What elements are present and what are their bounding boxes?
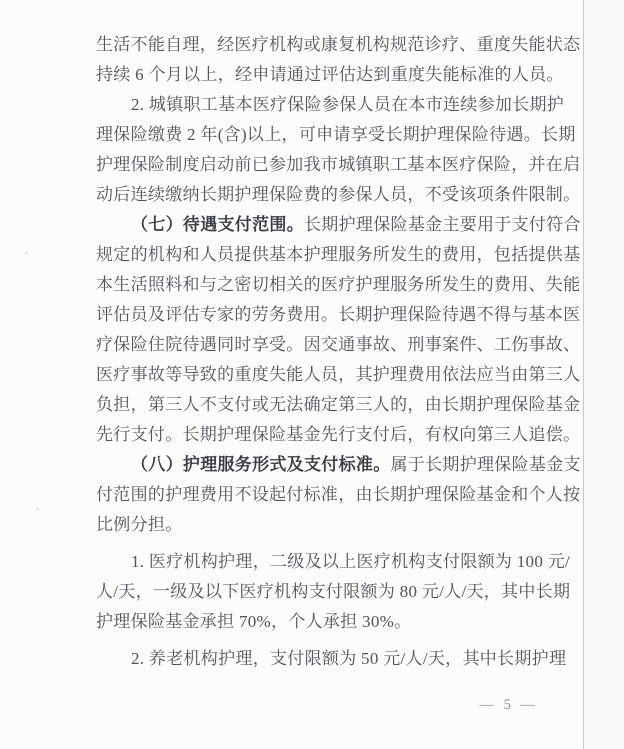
document-page: 生活不能自理，经医疗机构或康复机构规范诊疗、重度失能状态 持续 6 个月以上，经… xyxy=(0,0,624,749)
text-line-body: 护理保险基金承担 70%，个人承担 30%。 xyxy=(96,612,411,631)
text-line-body: 疗保险住院待遇同时享受。因交通事故、刑事案件、工伤事故、 xyxy=(96,335,580,354)
text-line-body: 长期护理保险基金主要用于支付符合 xyxy=(304,215,581,234)
scan-speck xyxy=(25,252,28,254)
text-line-body: 1. 医疗机构护理，二级及以上医疗机构支付限额为 100 元/ xyxy=(131,552,570,571)
text-line: 先行支付。长期护理保险基金先行支付后，有权向第三人追偿。 xyxy=(96,420,580,450)
text-line: 医疗事故等导致的重度失能人员，其护理费用依法应当由第三人 xyxy=(96,360,580,390)
text-line: （八）护理服务形式及支付标准。属于长期护理保险基金支 xyxy=(96,450,580,480)
text-line-body: 评估员及评估专家的劳务费用。长期护理保险待遇不得与基本医 xyxy=(96,305,580,324)
scanner-background-strip xyxy=(584,0,624,749)
text-line-body: 医疗事故等导致的重度失能人员，其护理费用依法应当由第三人 xyxy=(96,365,580,384)
text-line: 比例分担。 xyxy=(96,510,580,540)
text-line-body: 动后连续缴纳长期护理保险费的参保人员，不受该项条件限制。 xyxy=(96,185,580,204)
text-line: 评估员及评估专家的劳务费用。长期护理保险待遇不得与基本医 xyxy=(96,300,580,330)
section-heading: （八）护理服务形式及支付标准。 xyxy=(131,455,391,474)
text-line-body: 人/天，一级及以下医疗机构支付限额为 80 元/人/天，其中长期 xyxy=(96,582,570,601)
text-line: 2. 城镇职工基本医疗保险参保人员在本市连续参加长期护 xyxy=(96,90,580,120)
text-line: 护理保险制度启动前已参加我市城镇职工基本医疗保险，并在启 xyxy=(96,150,580,180)
text-line-body: 2. 城镇职工基本医疗保险参保人员在本市连续参加长期护 xyxy=(131,95,564,114)
text-line: 人/天，一级及以下医疗机构支付限额为 80 元/人/天，其中长期 xyxy=(96,577,580,607)
text-line-body: 比例分担。 xyxy=(96,515,183,534)
paper-edge-line xyxy=(583,0,584,749)
text-line-body: 生活不能自理，经医疗机构或康复机构规范诊疗、重度失能状态 xyxy=(96,35,580,54)
text-line: 本生活照料和与之密切相关的医疗护理服务所发生的费用、失能 xyxy=(96,270,580,300)
section-heading: （七）待遇支付范围。 xyxy=(131,215,304,234)
text-line: 疗保险住院待遇同时享受。因交通事故、刑事案件、工伤事故、 xyxy=(96,330,580,360)
text-line-body: 付范围的护理费用不设起付标准，由长期护理保险基金和个人按 xyxy=(96,485,580,504)
text-line: 2. 养老机构护理，支付限额为 50 元/人/天，其中长期护理 xyxy=(96,644,580,674)
page-number: — 5 — xyxy=(96,695,580,715)
text-line: 动后连续缴纳长期护理保险费的参保人员，不受该项条件限制。 xyxy=(96,180,580,210)
text-line: 1. 医疗机构护理，二级及以上医疗机构支付限额为 100 元/ xyxy=(96,547,580,577)
text-line: 规定的机构和人员提供基本护理服务所发生的费用，包括提供基 xyxy=(96,240,580,270)
text-line-body: 护理保险制度启动前已参加我市城镇职工基本医疗保险，并在启 xyxy=(96,155,580,174)
text-line-body: 先行支付。长期护理保险基金先行支付后，有权向第三人追偿。 xyxy=(96,425,580,444)
text-line: 付范围的护理费用不设起付标准，由长期护理保险基金和个人按 xyxy=(96,480,580,510)
text-line-body: 规定的机构和人员提供基本护理服务所发生的费用，包括提供基 xyxy=(96,245,580,264)
text-line: 持续 6 个月以上，经申请通过评估达到重度失能标准的人员。 xyxy=(96,60,580,90)
text-line-body: 持续 6 个月以上，经申请通过评估达到重度失能标准的人员。 xyxy=(96,65,564,84)
document-content: 生活不能自理，经医疗机构或康复机构规范诊疗、重度失能状态 持续 6 个月以上，经… xyxy=(96,30,580,715)
text-line-body: 本生活照料和与之密切相关的医疗护理服务所发生的费用、失能 xyxy=(96,275,580,294)
scan-speck xyxy=(36,508,39,510)
text-line: 生活不能自理，经医疗机构或康复机构规范诊疗、重度失能状态 xyxy=(96,30,580,60)
text-line: （七）待遇支付范围。长期护理保险基金主要用于支付符合 xyxy=(96,210,580,240)
text-line: 负担，第三人不支付或无法确定第三人的，由长期护理保险基金 xyxy=(96,390,580,420)
text-line-body: 负担，第三人不支付或无法确定第三人的，由长期护理保险基金 xyxy=(96,395,580,414)
text-line: 护理保险基金承担 70%，个人承担 30%。 xyxy=(96,607,580,637)
text-line-body: 2. 养老机构护理，支付限额为 50 元/人/天，其中长期护理 xyxy=(131,649,566,668)
text-line-body: 属于长期护理保险基金支 xyxy=(391,455,581,474)
text-line: 理保险缴费 2 年(含)以上，可申请享受长期护理保险待遇。长期 xyxy=(96,120,580,150)
text-line-body: 理保险缴费 2 年(含)以上，可申请享受长期护理保险待遇。长期 xyxy=(96,125,576,144)
